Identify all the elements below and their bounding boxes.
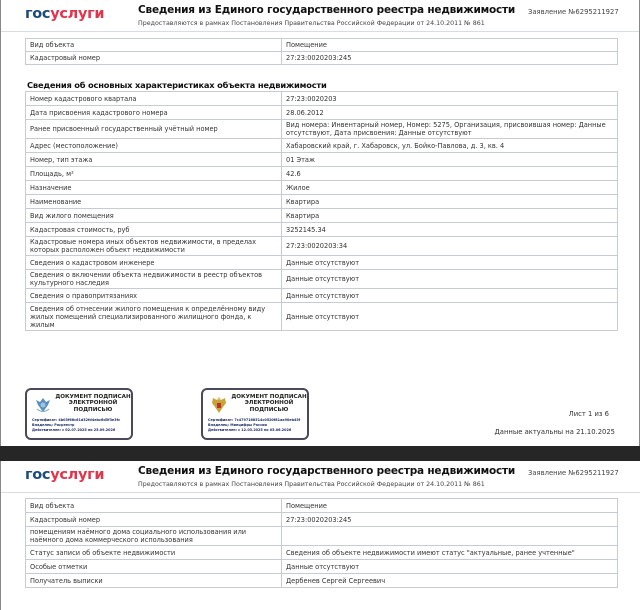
document-subtitle: Предоставляются в рамках Постановления П… (138, 481, 485, 488)
row-label: Наименование (26, 195, 282, 209)
row-value: Хабаровский край, г. Хабаровск, ул. Бойк… (282, 139, 618, 153)
section-title: Сведения об основных характеристиках объ… (27, 80, 327, 90)
table-row: Вид объектаПомещение (26, 499, 618, 513)
row-value: Помещение (282, 39, 618, 52)
row-label: помещениям наёмного дома социального исп… (26, 527, 282, 546)
row-label: Вид объекта (26, 499, 282, 513)
table-row: НазначениеЖилое (26, 181, 618, 195)
characteristics-table: Номер кадастрового квартала27:23:0020203… (25, 91, 618, 331)
row-label: Адрес (местоположение) (26, 139, 282, 153)
row-value: Данные отсутствуют (282, 270, 618, 289)
row-label: Кадастровые номера иных объектов недвижи… (26, 237, 282, 256)
row-label: Статус записи об объекте недвижимости (26, 546, 282, 560)
row-value: 01 Этаж (282, 153, 618, 167)
row-value: Жилое (282, 181, 618, 195)
table-row: Кадастровый номер27:23:0020203:245 (26, 513, 618, 527)
stamp-certificate: Сертификат: 7c4797168514c0520f81aa90eb45… (208, 418, 308, 422)
document-subtitle: Предоставляются в рамках Постановления П… (138, 20, 485, 27)
application-number: Заявление №6295211927 (528, 469, 619, 477)
row-value: 3252145.34 (282, 223, 618, 237)
stamp-valid: Действителен: с 12.03.2025 по 05.06.2026 (208, 428, 308, 432)
row-value: Квартира (282, 195, 618, 209)
table-row: Вид объекта Помещение (26, 39, 618, 52)
row-label: Кадастровый номер (26, 513, 282, 527)
row-label: Кадастровая стоимость, руб (26, 223, 282, 237)
row-value: Данные отсутствуют (282, 256, 618, 270)
signature-stamp-mintsifry: ДОКУМЕНТ ПОДПИСАН ЭЛЕКТРОННОЙ ПОДПИСЬЮ С… (201, 388, 309, 440)
table-row: Адрес (местоположение)Хабаровский край, … (26, 139, 618, 153)
data-actual-date: Данные актуальны на 21.10.2025 (495, 428, 616, 436)
table-row: Получатель выпискиДербенев Сергей Сергее… (26, 574, 618, 588)
table-row: НаименованиеКвартира (26, 195, 618, 209)
document-page-1: госуслуги Сведения из Единого государств… (0, 0, 640, 446)
row-value (282, 527, 618, 546)
signature-stamp-rosreestr: ДОКУМЕНТ ПОДПИСАН ЭЛЕКТРОННОЙ ПОДПИСЬЮ С… (25, 388, 133, 440)
row-value: 27:23:0020203:34 (282, 237, 618, 256)
stamp-owner: Владелец: Росреестр (32, 423, 132, 427)
table-row: Кадастровый номер 27:23:0020203:245 (26, 52, 618, 65)
page-header: госуслуги Сведения из Единого государств… (1, 461, 640, 493)
logo-part-gos: гос (25, 6, 50, 22)
row-value: Данные отсутствуют (282, 560, 618, 574)
gosuslugi-logo[interactable]: госуслуги (25, 467, 104, 483)
row-label: Сведения о включении объекта недвижимост… (26, 270, 282, 289)
object-table: Вид объекта Помещение Кадастровый номер … (25, 38, 618, 65)
document-title: Сведения из Единого государственного рее… (138, 4, 515, 16)
row-value: Сведения об объекте недвижимости имеют с… (282, 546, 618, 560)
row-value: 27:23:0020203:245 (282, 52, 618, 65)
row-value: Дербенев Сергей Сергеевич (282, 574, 618, 588)
logo-part-uslugi: услуги (50, 6, 104, 22)
row-label: Дата присвоения кадастрового номера (26, 106, 282, 120)
row-label: Площадь, м² (26, 167, 282, 181)
row-label: Особые отметки (26, 560, 282, 574)
table-row: Номер, тип этажа01 Этаж (26, 153, 618, 167)
row-label: Кадастровый номер (26, 52, 282, 65)
russia-coat-of-arms-icon (209, 395, 229, 415)
table-row: Сведения об отнесении жилого помещения к… (26, 303, 618, 331)
logo-part-gos: гос (25, 467, 50, 483)
stamp-valid: Действителен: с 02.07.2025 по 25.09.2026 (32, 428, 132, 432)
table-row: Сведения о включении объекта недвижимост… (26, 270, 618, 289)
table-row: Особые отметкиДанные отсутствуют (26, 560, 618, 574)
row-value: 27:23:0020203:245 (282, 513, 618, 527)
page-separator (0, 446, 640, 461)
application-number: Заявление №6295211927 (528, 8, 619, 16)
rosreestr-emblem-icon (33, 395, 53, 415)
row-label: Сведения о правопритязаниях (26, 289, 282, 303)
row-value: 28.06.2012 (282, 106, 618, 120)
row-value: Данные отсутствуют (282, 289, 618, 303)
stamp-owner: Владелец: Минцифры России (208, 423, 308, 427)
row-value: 27:23:0020203 (282, 92, 618, 106)
page2-table: Вид объектаПомещениеКадастровый номер27:… (25, 498, 618, 588)
stamp-title: ДОКУМЕНТ ПОДПИСАН ЭЛЕКТРОННОЙ ПОДПИСЬЮ (55, 394, 131, 413)
row-label: Сведения об отнесении жилого помещения к… (26, 303, 282, 331)
row-value: 42.6 (282, 167, 618, 181)
stamp-title: ДОКУМЕНТ ПОДПИСАН ЭЛЕКТРОННОЙ ПОДПИСЬЮ (231, 394, 307, 413)
table-row: Вид жилого помещенияКвартира (26, 209, 618, 223)
sheet-number: Лист 1 из 6 (569, 410, 609, 418)
document-page-2: госуслуги Сведения из Единого государств… (0, 461, 640, 610)
table-row: помещениям наёмного дома социального исп… (26, 527, 618, 546)
row-label: Ранее присвоенный государственный учётны… (26, 120, 282, 139)
table-row: Кадастровые номера иных объектов недвижи… (26, 237, 618, 256)
row-value: Квартира (282, 209, 618, 223)
table-row: Сведения о кадастровом инженереДанные от… (26, 256, 618, 270)
table-row: Статус записи об объекте недвижимостиСве… (26, 546, 618, 560)
table-row: Площадь, м²42.6 (26, 167, 618, 181)
row-label: Получатель выписки (26, 574, 282, 588)
table-row: Номер кадастрового квартала27:23:0020203 (26, 92, 618, 106)
row-label: Номер, тип этажа (26, 153, 282, 167)
row-value: Данные отсутствуют (282, 303, 618, 331)
row-label: Сведения о кадастровом инженере (26, 256, 282, 270)
document-title: Сведения из Единого государственного рее… (138, 465, 515, 477)
stamp-certificate: Сертификат: 4b03f66c61d32fd4ebc6d5f3e3fc (32, 418, 132, 422)
row-label: Вид объекта (26, 39, 282, 52)
row-label: Вид жилого помещения (26, 209, 282, 223)
row-value: Помещение (282, 499, 618, 513)
page-header: госуслуги Сведения из Единого государств… (1, 0, 639, 32)
row-label: Номер кадастрового квартала (26, 92, 282, 106)
table-row: Сведения о правопритязанияхДанные отсутс… (26, 289, 618, 303)
table-row: Ранее присвоенный государственный учётны… (26, 120, 618, 139)
row-value: Вид номера: Инвентарный номер, Номер: 52… (282, 120, 618, 139)
gosuslugi-logo[interactable]: госуслуги (25, 6, 104, 22)
row-label: Назначение (26, 181, 282, 195)
table-row: Кадастровая стоимость, руб3252145.34 (26, 223, 618, 237)
table-row: Дата присвоения кадастрового номера28.06… (26, 106, 618, 120)
logo-part-uslugi: услуги (50, 467, 104, 483)
